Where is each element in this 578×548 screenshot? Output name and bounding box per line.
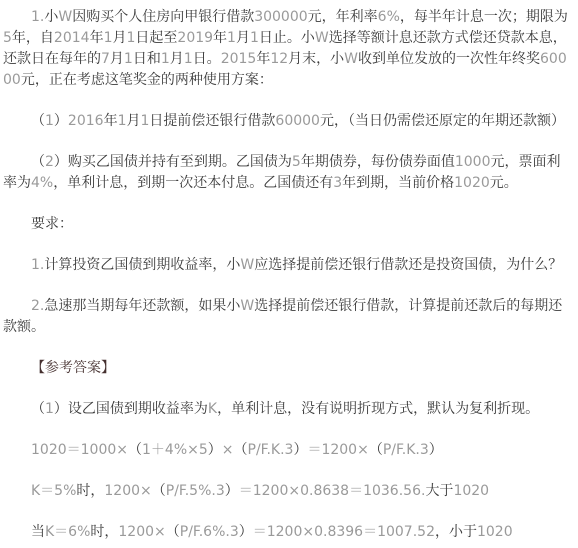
cjk-text: 年期债券，每份债券面值 <box>301 154 455 170</box>
numeric-text: ＝1200× <box>307 442 368 458</box>
cjk-text: 年 <box>256 51 270 67</box>
answer-step-1: （1）设乙国债到期收益率为K，单利计息，没有说明折现方式，默认为复利折现。 <box>3 399 574 420</box>
cjk-text: 年 <box>213 30 227 46</box>
numeric-text: 2015 <box>221 51 257 67</box>
cjk-text: 元，正在考虑这笔奖金的两种使用方案： <box>21 72 273 88</box>
numeric-text: 5 <box>292 154 301 170</box>
numeric-text: 6% <box>378 9 400 25</box>
numeric-text: ＝1200×0.8396＝1007.52 <box>253 524 435 540</box>
cjk-text: 收到单位发放的一次性年终奖 <box>358 51 540 67</box>
numeric-text: 2. <box>31 298 44 314</box>
cjk-text: 计算投资乙国债到期收益率，小 <box>44 257 240 273</box>
numeric-text: 1020 <box>453 483 489 499</box>
numeric-text: 2016 <box>68 113 104 129</box>
numeric-text: 1 <box>227 30 236 46</box>
cjk-text: 日止。小 <box>259 30 315 46</box>
cjk-text: 因购买个人住房向甲银行借款 <box>72 9 254 25</box>
numeric-text: K＝5% <box>31 483 76 499</box>
numeric-text: 1020 <box>454 175 490 191</box>
cjk-text: 日和 <box>133 51 161 67</box>
cjk-text: 年 <box>90 30 104 46</box>
numeric-text: 1020＝1000× <box>31 442 128 458</box>
cjk-text: （ <box>369 442 383 458</box>
cjk-text: 急速那当期每年还款额，如果小 <box>44 298 240 314</box>
cjk-text: 日提前偿还银行借款 <box>149 113 275 129</box>
formula-bond-price: 1020＝1000×（1＋4%×5）×（P/F.K.3）＝1200×（P/F.K… <box>3 440 574 461</box>
cjk-text: （ <box>166 524 180 540</box>
numeric-text: 12 <box>270 51 288 67</box>
option-1: （1）2016年1月1日提前偿还银行借款60000元，（当日仍需偿还原定的年期还… <box>3 111 574 132</box>
numeric-text: 2 <box>45 154 54 170</box>
cjk-text: ） <box>293 442 307 458</box>
numeric-text: P/F.K.3 <box>248 442 294 458</box>
document-body: 1.小W因购买个人住房向甲银行借款300000元，年利率6%，每半年计息一次；期… <box>0 0 578 543</box>
numeric-text: 1＋4%×5 <box>142 442 208 458</box>
numeric-text: W <box>315 30 329 46</box>
cjk-text: ） <box>54 113 68 129</box>
numeric-text: 1200× <box>118 524 165 540</box>
cjk-text: 时， <box>76 483 104 499</box>
cjk-text: 月 <box>170 51 184 67</box>
numeric-text: 300000 <box>254 9 307 25</box>
numeric-text: 1020 <box>477 524 513 540</box>
requirements-label: 要求： <box>3 214 574 235</box>
cjk-text: 元。 <box>490 175 518 191</box>
answer-header: 【参考答案】 <box>3 358 574 379</box>
numeric-text: P/F.K.3 <box>383 442 429 458</box>
numeric-text: × <box>222 442 234 458</box>
numeric-text: 1 <box>45 401 54 417</box>
numeric-text: K <box>208 401 217 417</box>
numeric-text: 1200× <box>104 483 151 499</box>
numeric-text: 1 <box>124 51 133 67</box>
cjk-text: 小 <box>44 9 58 25</box>
cjk-text: （ <box>31 154 45 170</box>
numeric-text: W <box>240 257 254 273</box>
numeric-text: W <box>58 9 72 25</box>
cjk-text: 应选择提前偿还银行借款还是投资国债，为什么？ <box>254 257 562 273</box>
formula-k-5-percent: K＝5%时，1200×（P/F.5%.3）＝1200×0.8638＝1036.5… <box>3 481 574 502</box>
cjk-text: 月 <box>112 30 126 46</box>
cjk-text: ，小于 <box>435 524 477 540</box>
numeric-text: 5 <box>3 30 12 46</box>
option-2: （2）购买乙国债并持有至到期。乙国债为5年期债券，每份债券面值1000元，票面利… <box>3 152 574 194</box>
cjk-text: ） <box>429 442 443 458</box>
cjk-text: （ <box>152 483 166 499</box>
numeric-text: 1 <box>161 51 170 67</box>
numeric-text: K＝6% <box>45 524 90 540</box>
cjk-text: ） <box>225 483 239 499</box>
numeric-text: 2014 <box>54 30 90 46</box>
cjk-text: ） <box>239 524 253 540</box>
cjk-text: （ <box>31 113 45 129</box>
cjk-text: 年，自 <box>12 30 54 46</box>
cjk-text: 日。 <box>193 51 221 67</box>
cjk-text: 元，年利率 <box>308 9 378 25</box>
numeric-text: 1 <box>45 113 54 129</box>
cjk-text: ，单利计息，到期一次还本付息。乙国债还有 <box>53 175 333 191</box>
cjk-text: 时， <box>90 524 118 540</box>
numeric-text: ＝1200×0.8638＝1036.56. <box>239 483 426 499</box>
numeric-text: 7 <box>101 51 110 67</box>
numeric-text: W <box>240 298 254 314</box>
numeric-text: 2019 <box>177 30 213 46</box>
numeric-text: 1 <box>184 51 193 67</box>
numeric-text: P/F.6%.3 <box>180 524 239 540</box>
cjk-text: （ <box>234 442 248 458</box>
requirement-2: 2.急速那当期每年还款额，如果小W选择提前偿还银行借款，计算提前还款后的每期还款… <box>3 296 574 338</box>
numeric-text: 1. <box>31 9 44 25</box>
cjk-text: 大于 <box>425 483 453 499</box>
numeric-text: 1 <box>250 30 259 46</box>
cjk-text: ）购买乙国债并持有至到期。乙国债为 <box>54 154 292 170</box>
cjk-text: （ <box>128 442 142 458</box>
numeric-text: 1. <box>31 257 44 273</box>
cjk-text: 月末，小 <box>288 51 344 67</box>
cjk-text: 月 <box>236 30 250 46</box>
numeric-text: 4% <box>31 175 53 191</box>
numeric-text: W <box>344 51 358 67</box>
cjk-text: 年 <box>104 113 118 129</box>
cjk-text: 当 <box>31 524 45 540</box>
cjk-text: ，单利计息，没有说明折现方式，默认为复利折现。 <box>217 401 539 417</box>
cjk-text: 月 <box>126 113 140 129</box>
cjk-text: （ <box>31 401 45 417</box>
requirement-1: 1.计算投资乙国债到期收益率，小W应选择提前偿还银行借款还是投资国债，为什么？ <box>3 255 574 276</box>
numeric-text: 3 <box>333 175 342 191</box>
cjk-text: 要求： <box>31 216 73 232</box>
numeric-text: 60000 <box>275 113 320 129</box>
cjk-text: 元，（当日仍需偿还原定的年期还款额） <box>320 113 565 129</box>
question-stem: 1.小W因购买个人住房向甲银行借款300000元，年利率6%，每半年计息一次；期… <box>3 7 574 91</box>
cjk-text: ，每半年计息一次；期限为 <box>400 9 568 25</box>
cjk-text: 年到期，当前价格 <box>342 175 454 191</box>
cjk-text: ） <box>208 442 222 458</box>
cjk-text: ）设乙国债到期收益率为 <box>54 401 208 417</box>
numeric-text: P/F.5%.3 <box>166 483 225 499</box>
cjk-text: 月 <box>110 51 124 67</box>
cjk-text: 日起至 <box>135 30 177 46</box>
numeric-text: 1000 <box>455 154 491 170</box>
cjk-text: 【参考答案】 <box>31 360 115 376</box>
formula-k-6-percent: 当K＝6%时，1200×（P/F.6%.3）＝1200×0.8396＝1007.… <box>3 522 574 543</box>
